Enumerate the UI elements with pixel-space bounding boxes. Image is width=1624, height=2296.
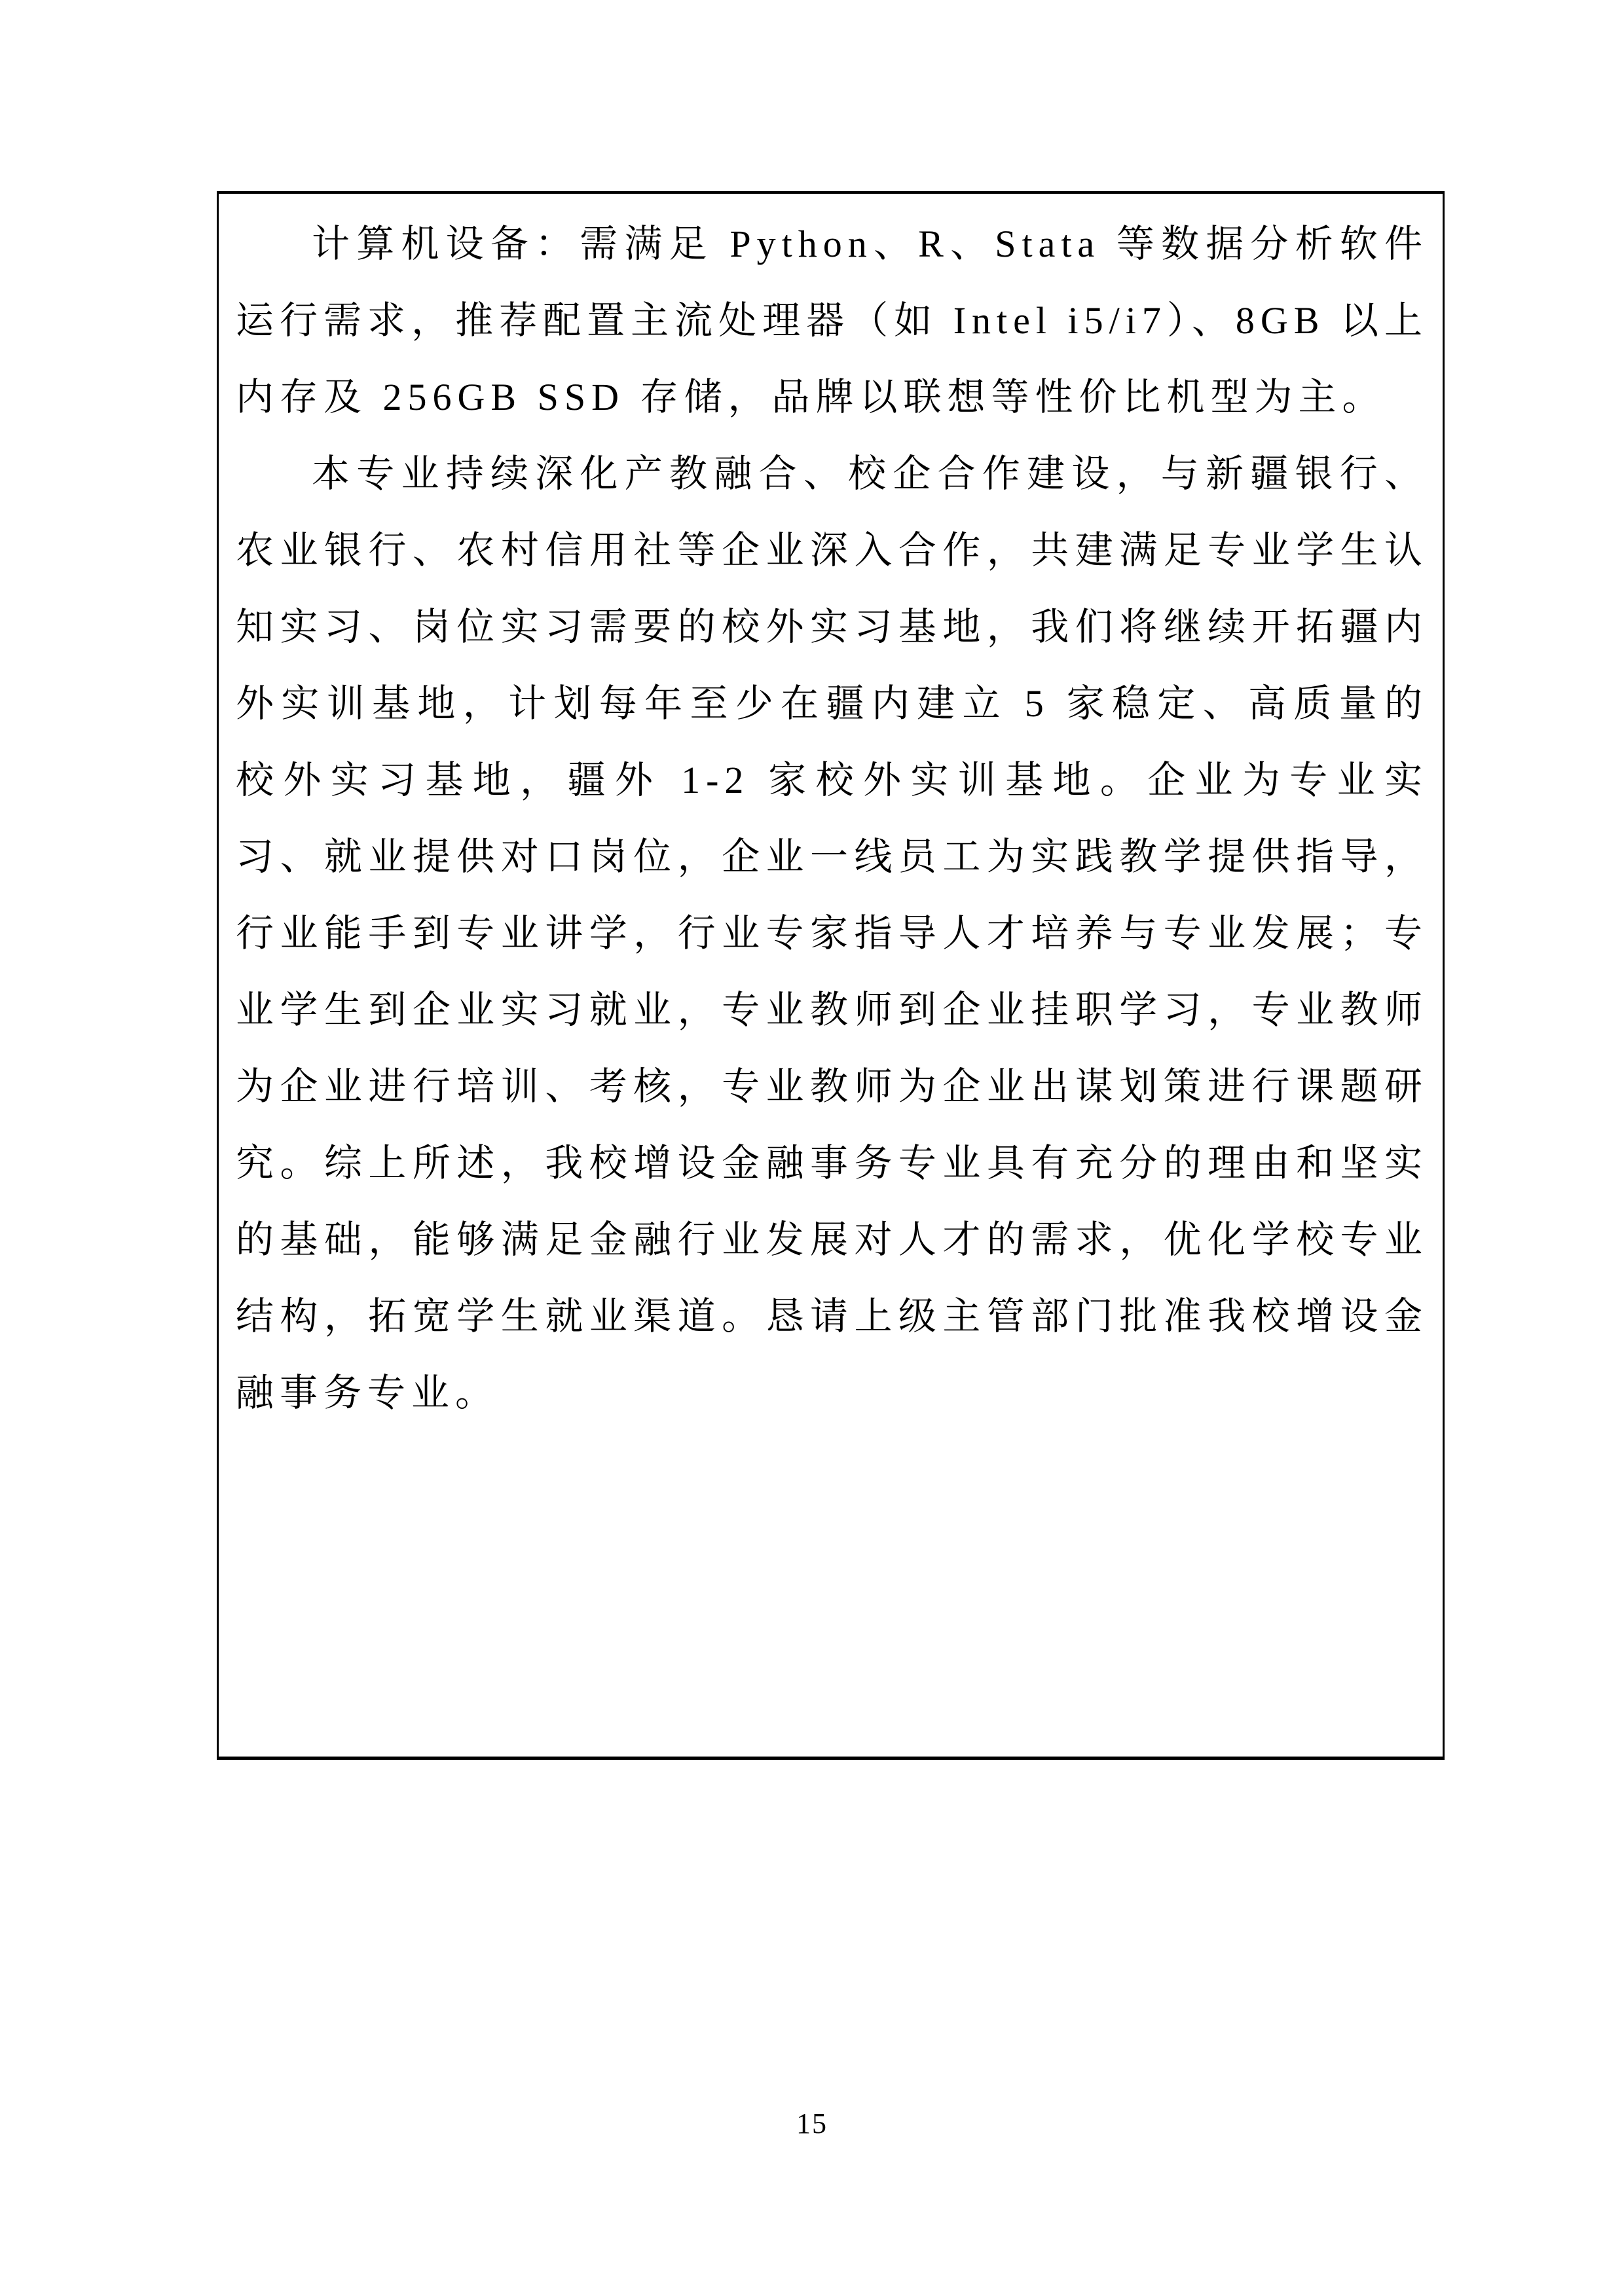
paragraph-industry-education-cooperation: 本专业持续深化产教融合、校企合作建设，与新疆银行、农业银行、农村信用社等企业深入…: [236, 435, 1428, 1431]
content-box: 计算机设备：需满足 Python、R、Stata 等数据分析软件运行需求，推荐配…: [217, 191, 1445, 1760]
page-number: 15: [0, 2107, 1624, 2141]
paragraph-computer-equipment: 计算机设备：需满足 Python、R、Stata 等数据分析软件运行需求，推荐配…: [236, 206, 1428, 435]
document-page: 计算机设备：需满足 Python、R、Stata 等数据分析软件运行需求，推荐配…: [0, 0, 1624, 2296]
